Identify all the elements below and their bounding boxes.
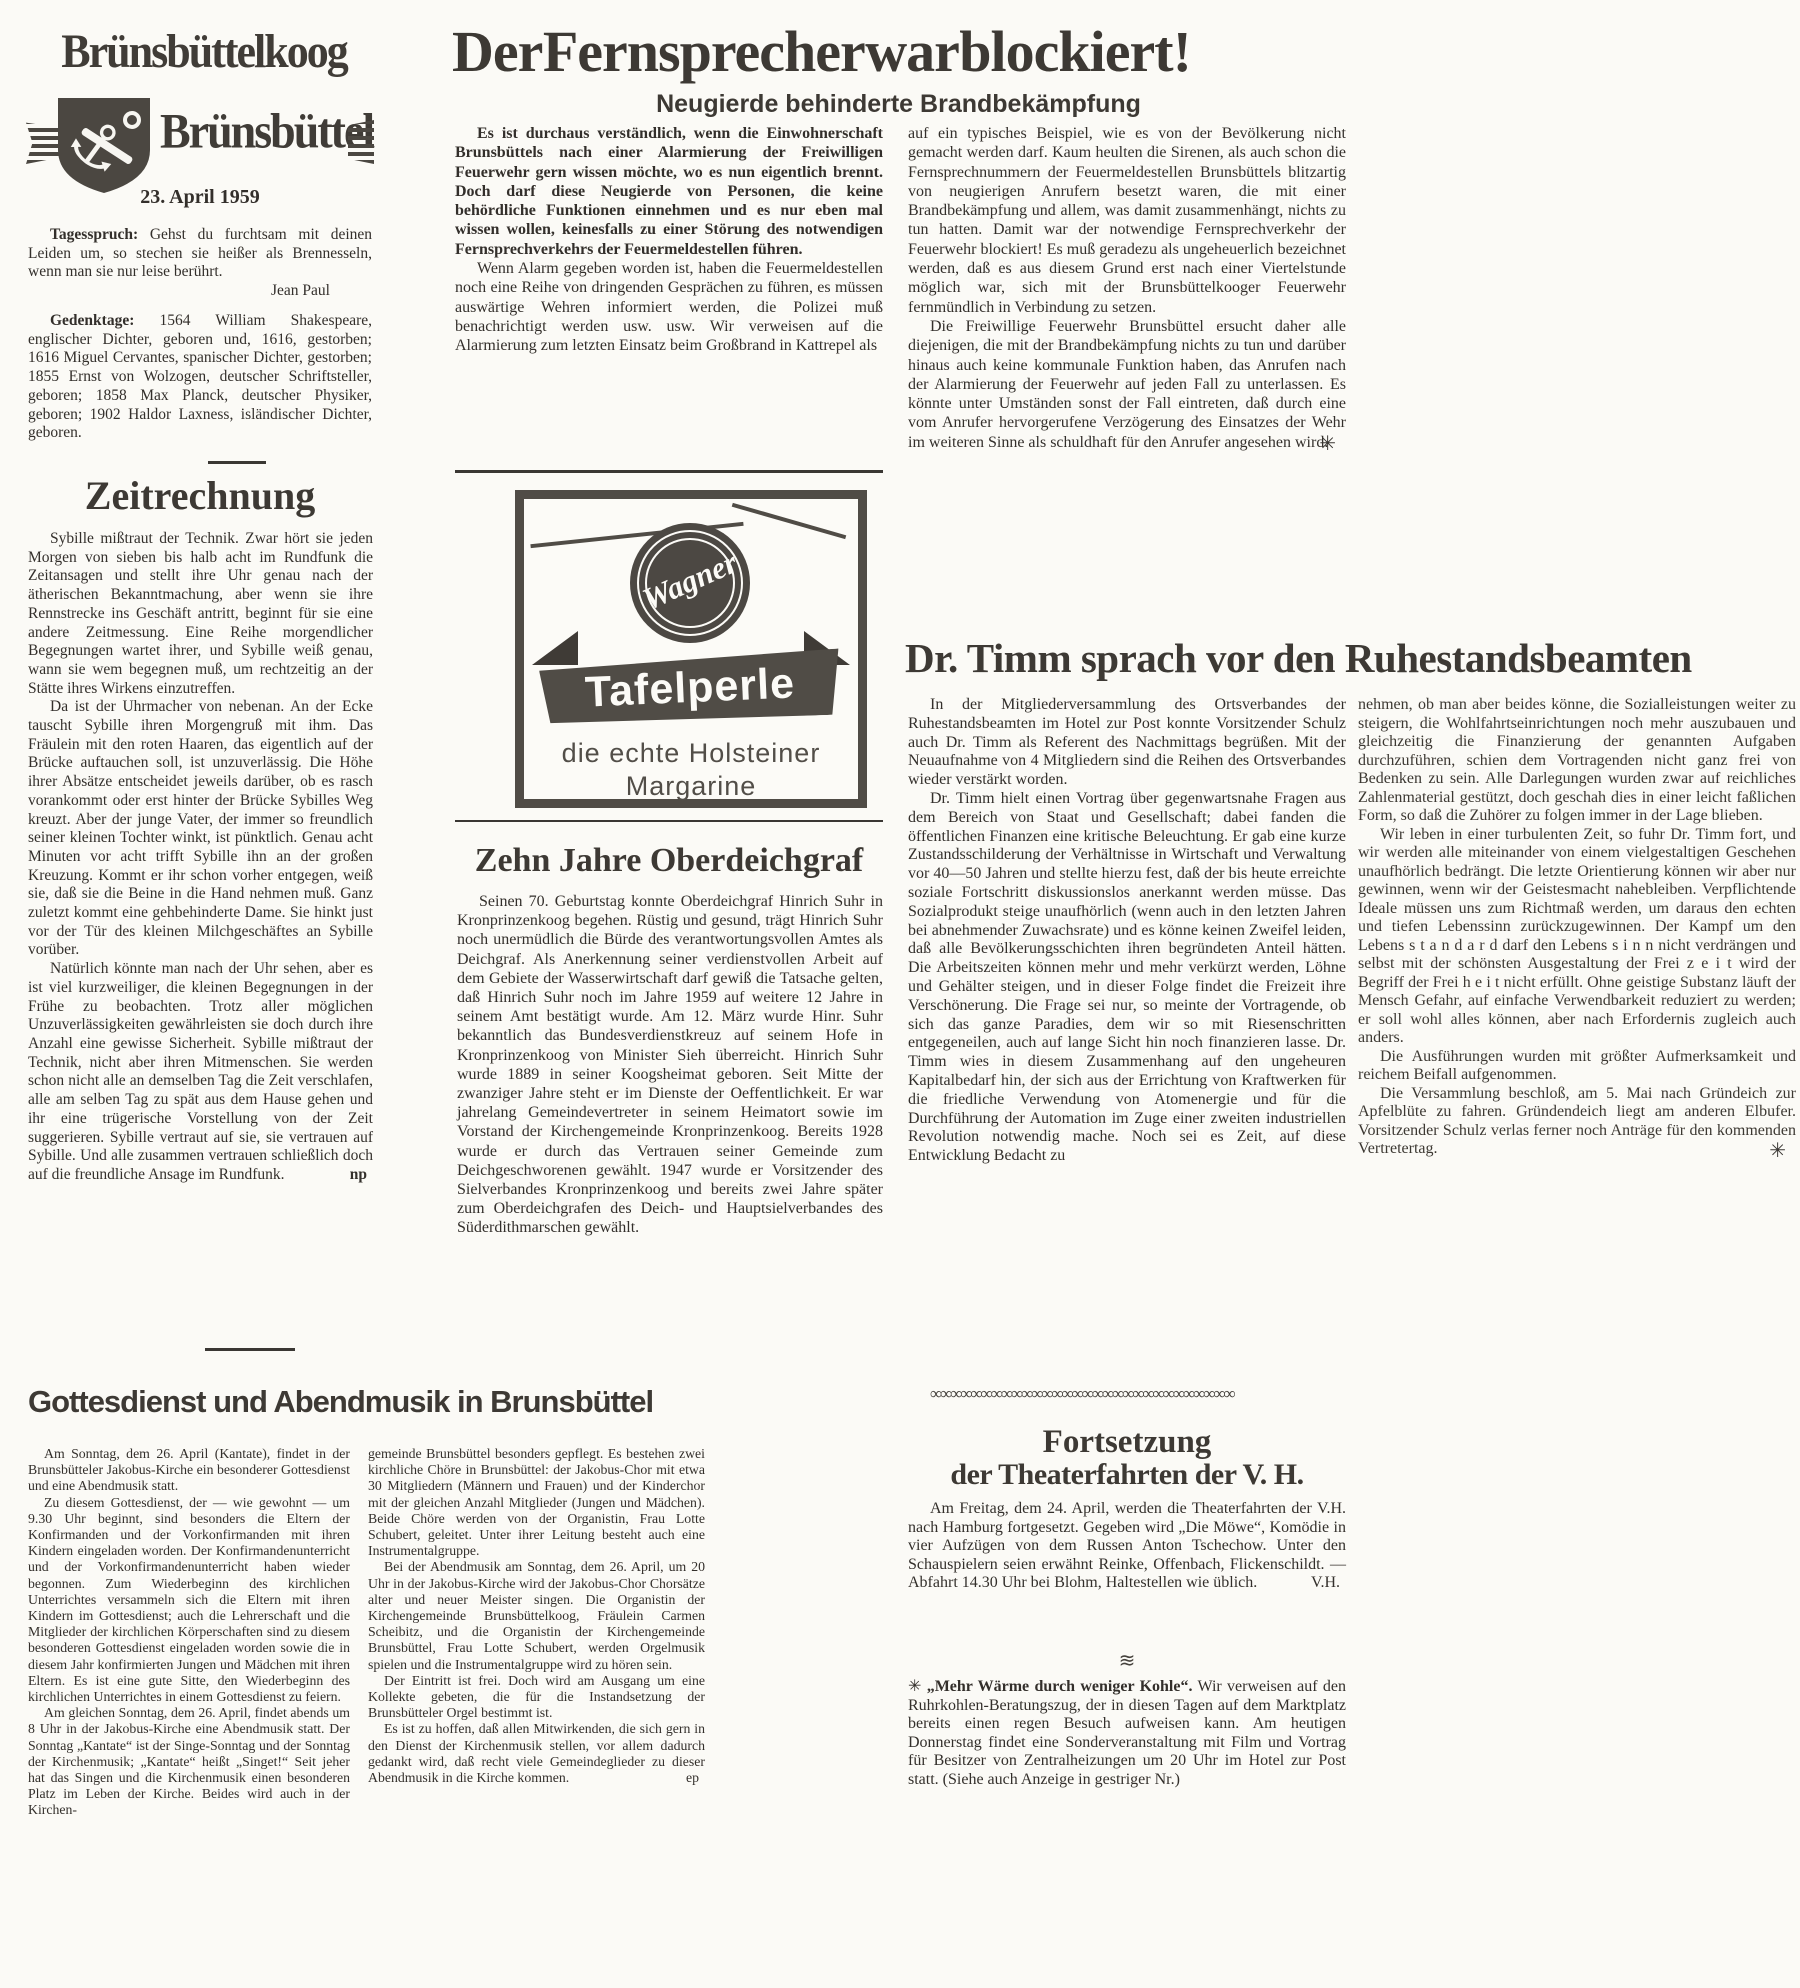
gottesdienst-column-2: gemeinde Brunsbüttel besonders gepflegt.…: [368, 1446, 705, 1786]
ad-product-name: Tafelperle: [584, 659, 796, 717]
phone-lead-paragraph: Es ist durchaus verständlich, wenn die E…: [455, 124, 883, 259]
tagesspruch-label: Tagesspruch:: [50, 226, 138, 243]
zeitrechnung-paragraph-1: Sybille mißtraut der Technik. Zwar hört …: [28, 530, 373, 698]
gottesdienst-headline: Gottesdienst und Abendmusik in Brunsbütt…: [28, 1384, 653, 1420]
zeitrechnung-headline: Zeitrechnung: [28, 472, 372, 519]
section-divider: [208, 461, 266, 464]
timm-column-2: nehmen, ob man aber beides könne, die So…: [1358, 696, 1796, 1159]
gottesdienst-c1-paragraph-1: Am Sonntag, dem 26. April (Kantate), fin…: [28, 1446, 350, 1495]
oberdeichgraf-paragraph: Seinen 70. Geburtstag konnte Oberdeichgr…: [457, 892, 883, 1238]
theater-signature: V.H.: [1311, 1574, 1340, 1593]
oberdeichgraf-body: Seinen 70. Geburtstag konnte Oberdeichgr…: [457, 892, 883, 1238]
ad-tagline: die echte Holsteiner Margarine: [524, 737, 858, 803]
timm-paragraph-5: Die Ausführungen wurden mit größter Aufm…: [1358, 1048, 1796, 1085]
gedenktage-text: 1564 William Shakespeare, englischer Dic…: [28, 312, 372, 441]
timm-paragraph-1: In der Mitgliederversammlung des Ortsver…: [908, 696, 1346, 790]
oberdeichgraf-headline: Zehn Jahre Oberdeichgraf: [455, 842, 883, 880]
gottesdienst-c2-paragraph-1: gemeinde Brunsbüttel besonders gepflegt.…: [368, 1446, 705, 1559]
gedenktage-paragraph: Gedenktage: 1564 William Shakespeare, en…: [28, 312, 372, 443]
timm-paragraph-2: Dr. Timm hielt einen Vortrag über gegenw…: [908, 790, 1346, 1166]
timm-column-1: In der Mitgliederversammlung des Ortsver…: [908, 696, 1346, 1166]
wagner-logo-icon: Wagner: [630, 523, 750, 643]
section-divider: [205, 1348, 295, 1351]
asterisk-end-icon: ✳: [1769, 1142, 1786, 1161]
asterisk-lead-icon: ✳: [908, 1678, 921, 1695]
ad-package-edge: [732, 503, 847, 539]
theater-headline-line2: der Theaterfahrten der V. H.: [908, 1458, 1346, 1492]
issue-date: 23. April 1959: [28, 186, 372, 209]
squiggle-divider: ≋: [908, 1648, 1346, 1673]
timm-headline: Dr. Timm sprach vor den Ruhestandsbeamte…: [905, 634, 1692, 682]
masthead-title-line2: Brünsbüttel: [160, 102, 373, 159]
gottesdienst-signature: ep: [686, 1770, 699, 1786]
masthead-crest-icon: ⚓: [52, 96, 156, 196]
ad-tagline-line1: die echte Holsteiner: [524, 737, 858, 770]
gottesdienst-c2-paragraph-2: Bei der Abendmusik am Sonntag, dem 26. A…: [368, 1559, 705, 1672]
column-divider: [455, 820, 883, 822]
newspaper-page: { "masthead": { "title_line1": "Brünsbüt…: [0, 0, 1800, 1988]
phone-article-subhead: Neugierde behinderte Brandbekämpfung: [452, 90, 1345, 119]
gottesdienst-c1-paragraph-3: Am gleichen Sonntag, dem 26. April, find…: [28, 1705, 350, 1818]
gottesdienst-column-1: Am Sonntag, dem 26. April (Kantate), fin…: [28, 1446, 350, 1819]
gottesdienst-c2-paragraph-4: Es ist zu hoffen, daß allen Mitwirkenden…: [368, 1721, 705, 1786]
tagesspruch-block: Tagesspruch: Gehst du furchtsam mit dein…: [28, 226, 372, 301]
gottesdienst-c2-paragraph-3: Der Eintritt ist frei. Doch wird am Ausg…: [368, 1673, 705, 1722]
theater-headline-line1: Fortsetzung: [908, 1424, 1346, 1461]
gottesdienst-c1-paragraph-2: Zu diesem Gottesdienst, der — wie gewohn…: [28, 1495, 350, 1706]
zeitrechnung-paragraph-3: Natürlich könnte man nach der Uhr sehen,…: [28, 960, 373, 1184]
theater-body: Am Freitag, dem 24. April, werden die Th…: [908, 1500, 1346, 1593]
banner-fold: [532, 631, 578, 665]
timm-paragraph-6: Die Versammlung beschloß, am 5. Mai nach…: [1358, 1085, 1796, 1159]
zeitrechnung-body: Sybille mißtraut der Technik. Zwar hört …: [28, 530, 373, 1185]
kohle-note: ✳ „Mehr Wärme durch weniger Kohle“. Wir …: [908, 1678, 1346, 1790]
zeitrechnung-paragraph-2: Da ist der Uhrmacher von nebenan. An der…: [28, 698, 373, 960]
ad-banner: Tafelperle: [539, 648, 842, 727]
phone-article-column-1: Es ist durchaus verständlich, wenn die E…: [455, 124, 883, 356]
gedenktage-label: Gedenktage:: [50, 312, 134, 329]
phone-article-headline: Der Fernsprecher war blockiert!: [452, 18, 1191, 85]
kohle-paragraph: ✳ „Mehr Wärme durch weniger Kohle“. Wir …: [908, 1678, 1346, 1790]
kohle-lead: „Mehr Wärme durch weniger Kohle“.: [927, 1678, 1193, 1695]
timm-paragraph-4: Wir leben in einer turbulenten Zeit, so …: [1358, 826, 1796, 1048]
ad-tagline-line2: Margarine: [524, 770, 858, 803]
tagesspruch-paragraph: Tagesspruch: Gehst du furchtsam mit dein…: [28, 226, 372, 282]
theater-paragraph: Am Freitag, dem 24. April, werden die Th…: [908, 1500, 1346, 1593]
gedenktage-block: Gedenktage: 1564 William Shakespeare, en…: [28, 312, 372, 443]
margarine-ad: Wagner Tafelperle die echte Holsteiner M…: [515, 490, 867, 808]
timm-paragraph-3: nehmen, ob man aber beides könne, die So…: [1358, 696, 1796, 826]
rope-divider: ∞∞∞∞∞∞∞∞∞∞∞∞∞∞∞∞∞∞∞∞∞∞∞∞∞∞∞∞∞∞: [930, 1384, 1330, 1404]
tagesspruch-author: Jean Paul: [28, 282, 372, 301]
column-divider: [455, 470, 883, 473]
phone-paragraph-3: auf ein typisches Beispiel, wie es von d…: [908, 124, 1346, 317]
phone-paragraph-4: Die Freiwillige Feuerwehr Brunsbüttel er…: [908, 317, 1346, 452]
phone-article-column-2: auf ein typisches Beispiel, wie es von d…: [908, 124, 1346, 452]
masthead-title-line1: Brünsbüttelkoog: [34, 24, 374, 79]
phone-paragraph-2: Wenn Alarm gegeben worden ist, haben die…: [455, 259, 883, 355]
masthead-right-ornament: [348, 120, 374, 164]
asterisk-end-icon: ✳: [1319, 435, 1336, 454]
zeitrechnung-signature: np: [350, 1166, 367, 1185]
